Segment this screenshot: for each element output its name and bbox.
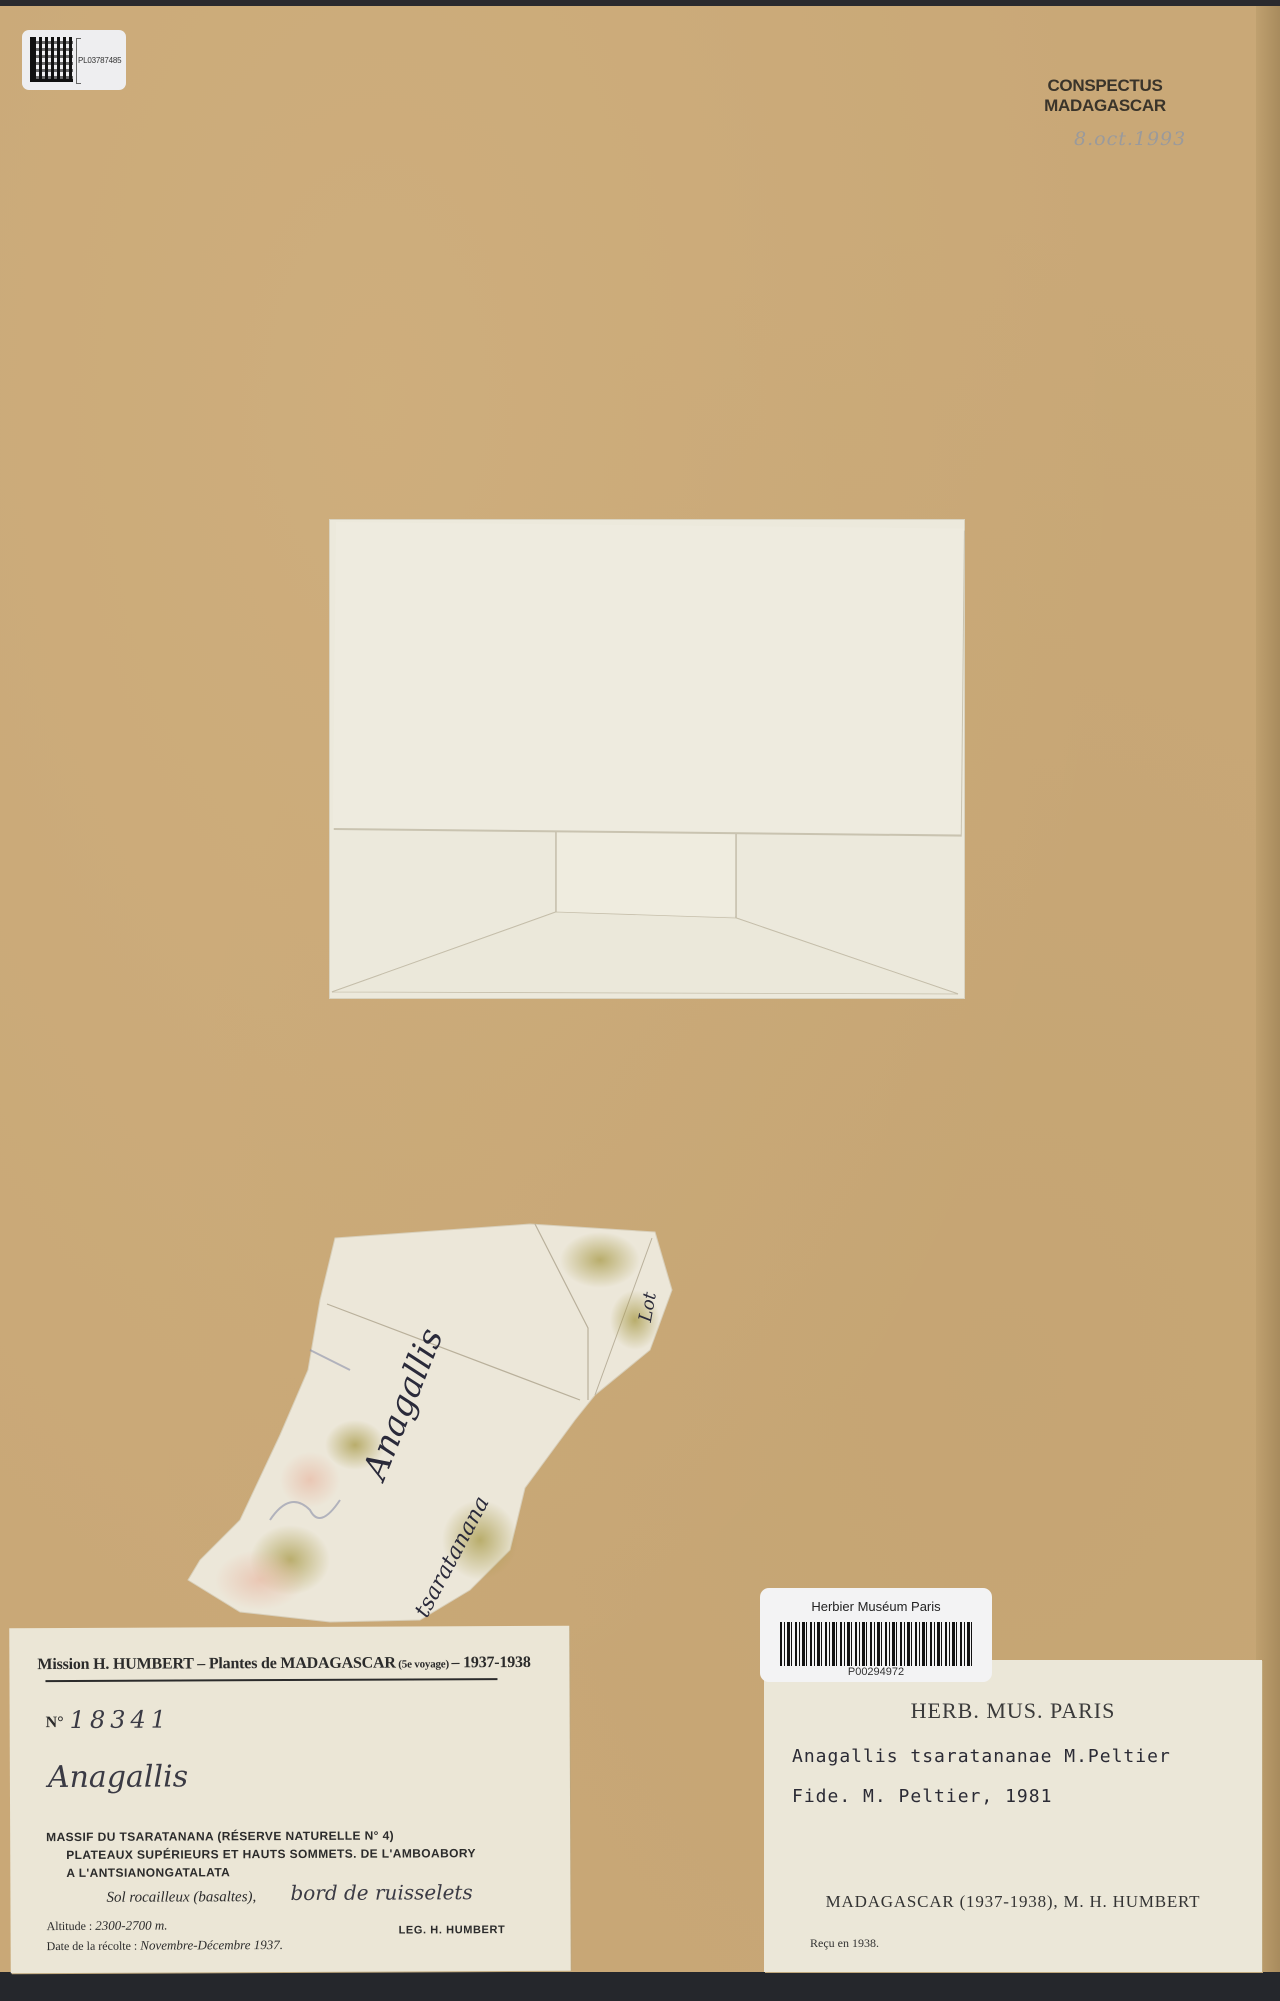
- mission-years: 1937-1938: [463, 1654, 531, 1671]
- plantes-title: Plantes de MADAGASCAR: [209, 1655, 396, 1673]
- altitude-label: Altitude :: [47, 1919, 96, 1933]
- number-prefix: N°: [46, 1714, 64, 1732]
- altitude-field: Altitude : 2300-2700 m.: [47, 1918, 168, 1935]
- label-header: Mission H. HUMBERT – Plantes de MADAGASC…: [37, 1654, 542, 1674]
- determination-name: Anagallis tsaratananae M.Peltier: [792, 1746, 1171, 1767]
- barcode-label: Herbier Muséum Paris P00294972: [760, 1588, 992, 1682]
- envelope-flap: [333, 522, 964, 835]
- locality-line-3: A L'ANTSIANONGATALATA: [66, 1865, 230, 1880]
- habitat-handwritten: bord de ruisselets: [290, 1880, 472, 1905]
- qr-code-text: PL03787485: [78, 56, 121, 65]
- collection-number: 18341: [70, 1706, 171, 1734]
- conspectus-stamp: CONSPECTUS MADAGASCAR: [1040, 76, 1170, 116]
- origin-line: MADAGASCAR (1937-1938), M. H. HUMBERT: [764, 1892, 1262, 1912]
- mission-name: Mission H. HUMBERT: [37, 1655, 193, 1673]
- herbarium-label: HERB. MUS. PARIS Anagallis tsaratananae …: [764, 1660, 1262, 1972]
- barcode-icon: [780, 1622, 972, 1666]
- voyage-note: (5e voyage): [396, 1658, 452, 1670]
- pencil-date-note: 8.oct.1993: [1074, 128, 1186, 150]
- date-field: Date de la récolte : Novembre-Décembre 1…: [47, 1937, 283, 1954]
- altitude-value: 2300-2700 m.: [95, 1918, 167, 1933]
- stamp-line-1: CONSPECTUS: [1040, 76, 1170, 96]
- scan-background: [0, 1972, 1280, 2001]
- stamp-line-2: MADAGASCAR: [1040, 96, 1170, 116]
- collector-name: LEG. H. HUMBERT: [399, 1924, 506, 1936]
- specimen-fragment: Anagallis tsaratanana Lot: [180, 1220, 680, 1640]
- habitat-printed: Sol rocailleux (basaltes),: [106, 1889, 256, 1907]
- genus-handwritten: Anagallis: [48, 1759, 188, 1795]
- qr-code-label: PL03787485: [22, 30, 126, 90]
- qr-code-icon: [30, 37, 73, 82]
- barcode-institution: Herbier Muséum Paris: [760, 1599, 992, 1614]
- locality-line-1: MASSIF DU TSARATANANA (RÉSERVE NATURELLE…: [46, 1829, 394, 1845]
- specimen-envelope[interactable]: [330, 520, 964, 998]
- date-label: Date de la récolte :: [47, 1939, 141, 1953]
- date-value: Novembre-Décembre 1937.: [140, 1937, 283, 1953]
- determination-by: Fide. M. Peltier, 1981: [792, 1786, 1052, 1807]
- collection-label: Mission H. HUMBERT – Plantes de MADAGASC…: [9, 1626, 571, 1973]
- header-rule: [45, 1678, 497, 1682]
- received-line: Reçu en 1938.: [810, 1936, 879, 1951]
- header-separator: –: [193, 1655, 208, 1672]
- barcode-number: P00294972: [760, 1666, 992, 1678]
- header-separator: –: [451, 1654, 463, 1671]
- herbarium-title: HERB. MUS. PARIS: [764, 1698, 1262, 1724]
- locality-line-2: PLATEAUX SUPÉRIEURS ET HAUTS SOMMETS. DE…: [66, 1846, 476, 1862]
